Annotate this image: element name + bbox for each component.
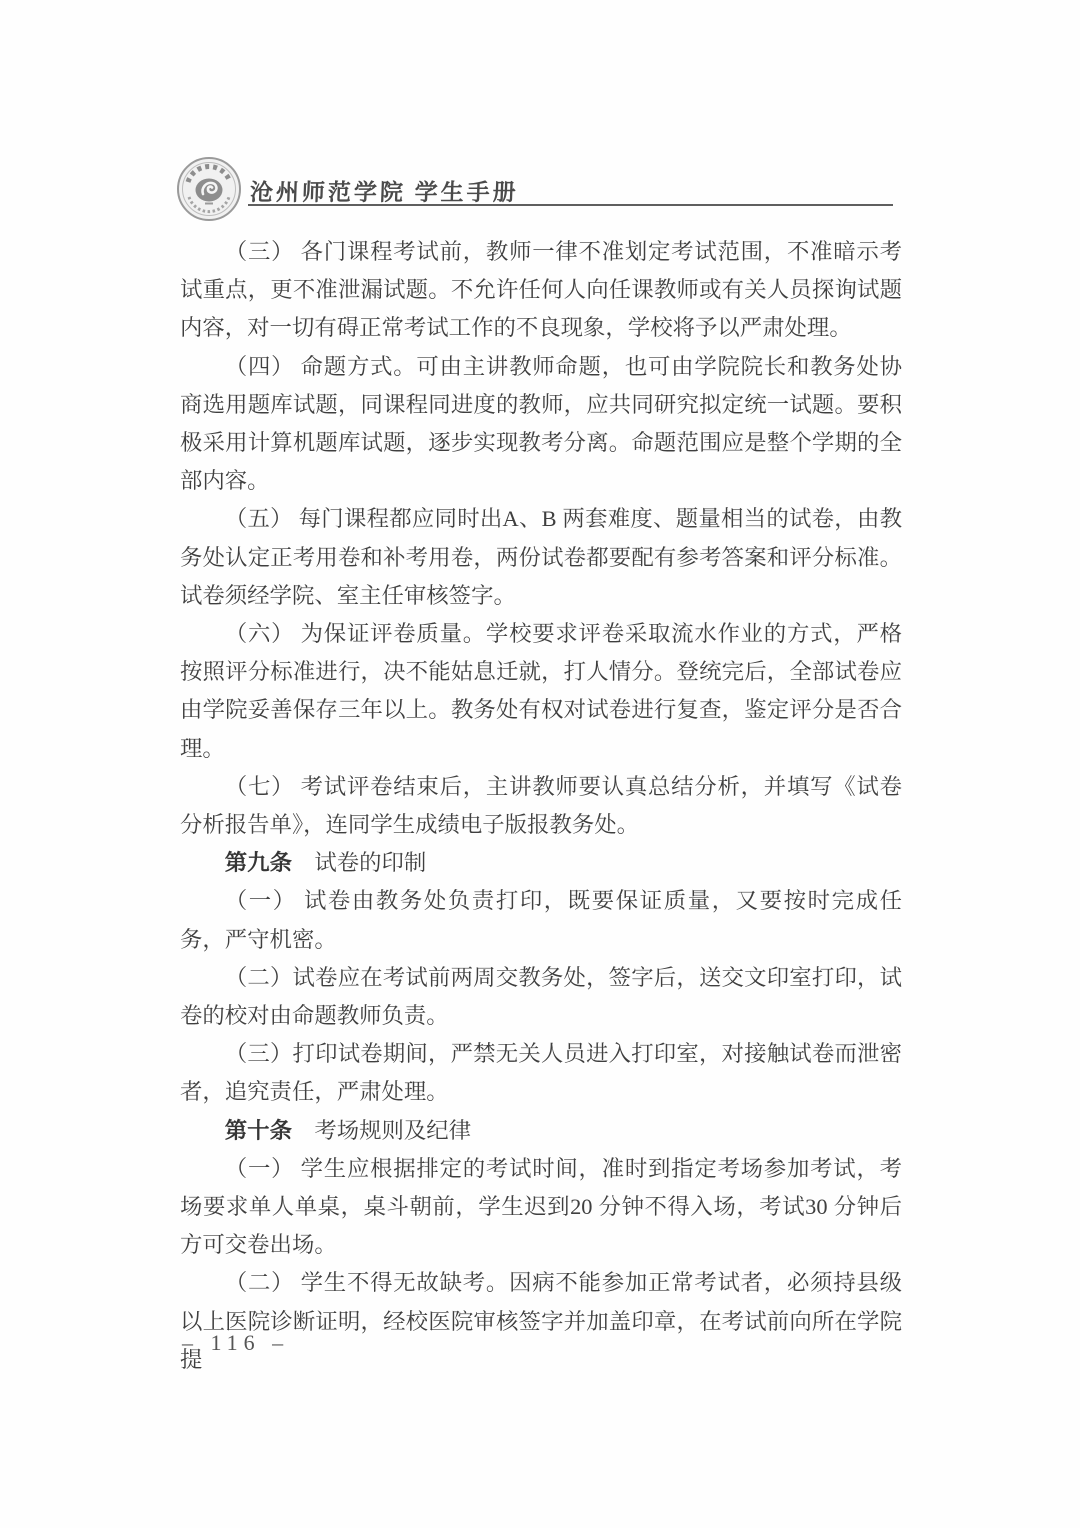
article-heading: 第十条考场规则及纪律 — [180, 1112, 902, 1150]
article-title: 试卷的印制 — [314, 850, 426, 875]
paragraph: （七） 考试评卷结束后，主讲教师要认真总结分析，并填写《试卷分析报告单》，连同学… — [180, 768, 902, 844]
paragraph: （一） 学生应根据排定的考试时间，准时到指定考场参加考试，考场要求单人单桌，桌斗… — [180, 1150, 902, 1265]
paragraph: （六） 为保证评卷质量。学校要求评卷采取流水作业的方式，严格按照评分标准进行，决… — [180, 615, 902, 768]
paragraph: （四） 命题方式。可由主讲教师命题，也可由学院院长和教务处协商选用题库试题，同课… — [180, 348, 902, 501]
article-number: 第九条 — [225, 850, 292, 875]
document-page: 沧州师范学院 学生手册 （三） 各门课程考试前，教师一律不准划定考试范围，不准暗… — [0, 0, 1080, 1528]
university-seal-icon — [176, 156, 242, 222]
paragraph: （二） 学生不得无故缺考。因病不能参加正常考试者，必须持县级以上医院诊断证明，经… — [180, 1264, 902, 1379]
paragraph: （一） 试卷由教务处负责打印，既要保证质量，又要按时完成任务，严守机密。 — [180, 882, 902, 958]
paragraph: （三） 各门课程考试前，教师一律不准划定考试范围，不准暗示考试重点，更不准泄漏试… — [180, 233, 902, 348]
paragraph: （五） 每门课程都应同时出A、B 两套难度、题量相当的试卷，由教务处认定正考用卷… — [180, 500, 902, 615]
header-rule — [248, 204, 893, 206]
header-title: 沧州师范学院 学生手册 — [249, 174, 519, 207]
paragraph: （三）打印试卷期间，严禁无关人员进入打印室，对接触试卷而泄密者，追究责任，严肃处… — [180, 1035, 902, 1111]
article-title: 考场规则及纪律 — [314, 1118, 471, 1143]
page-number: – 116 – — [182, 1330, 289, 1356]
article-number: 第十条 — [225, 1118, 292, 1143]
paragraph: （二）试卷应在考试前两周交教务处，签字后，送交文印室打印，试卷的校对由命题教师负… — [180, 959, 902, 1035]
document-body: （三） 各门课程考试前，教师一律不准划定考试范围，不准暗示考试重点，更不准泄漏试… — [180, 233, 902, 1379]
page-header: 沧州师范学院 学生手册 — [0, 0, 1080, 230]
article-heading: 第九条试卷的印制 — [180, 844, 902, 882]
